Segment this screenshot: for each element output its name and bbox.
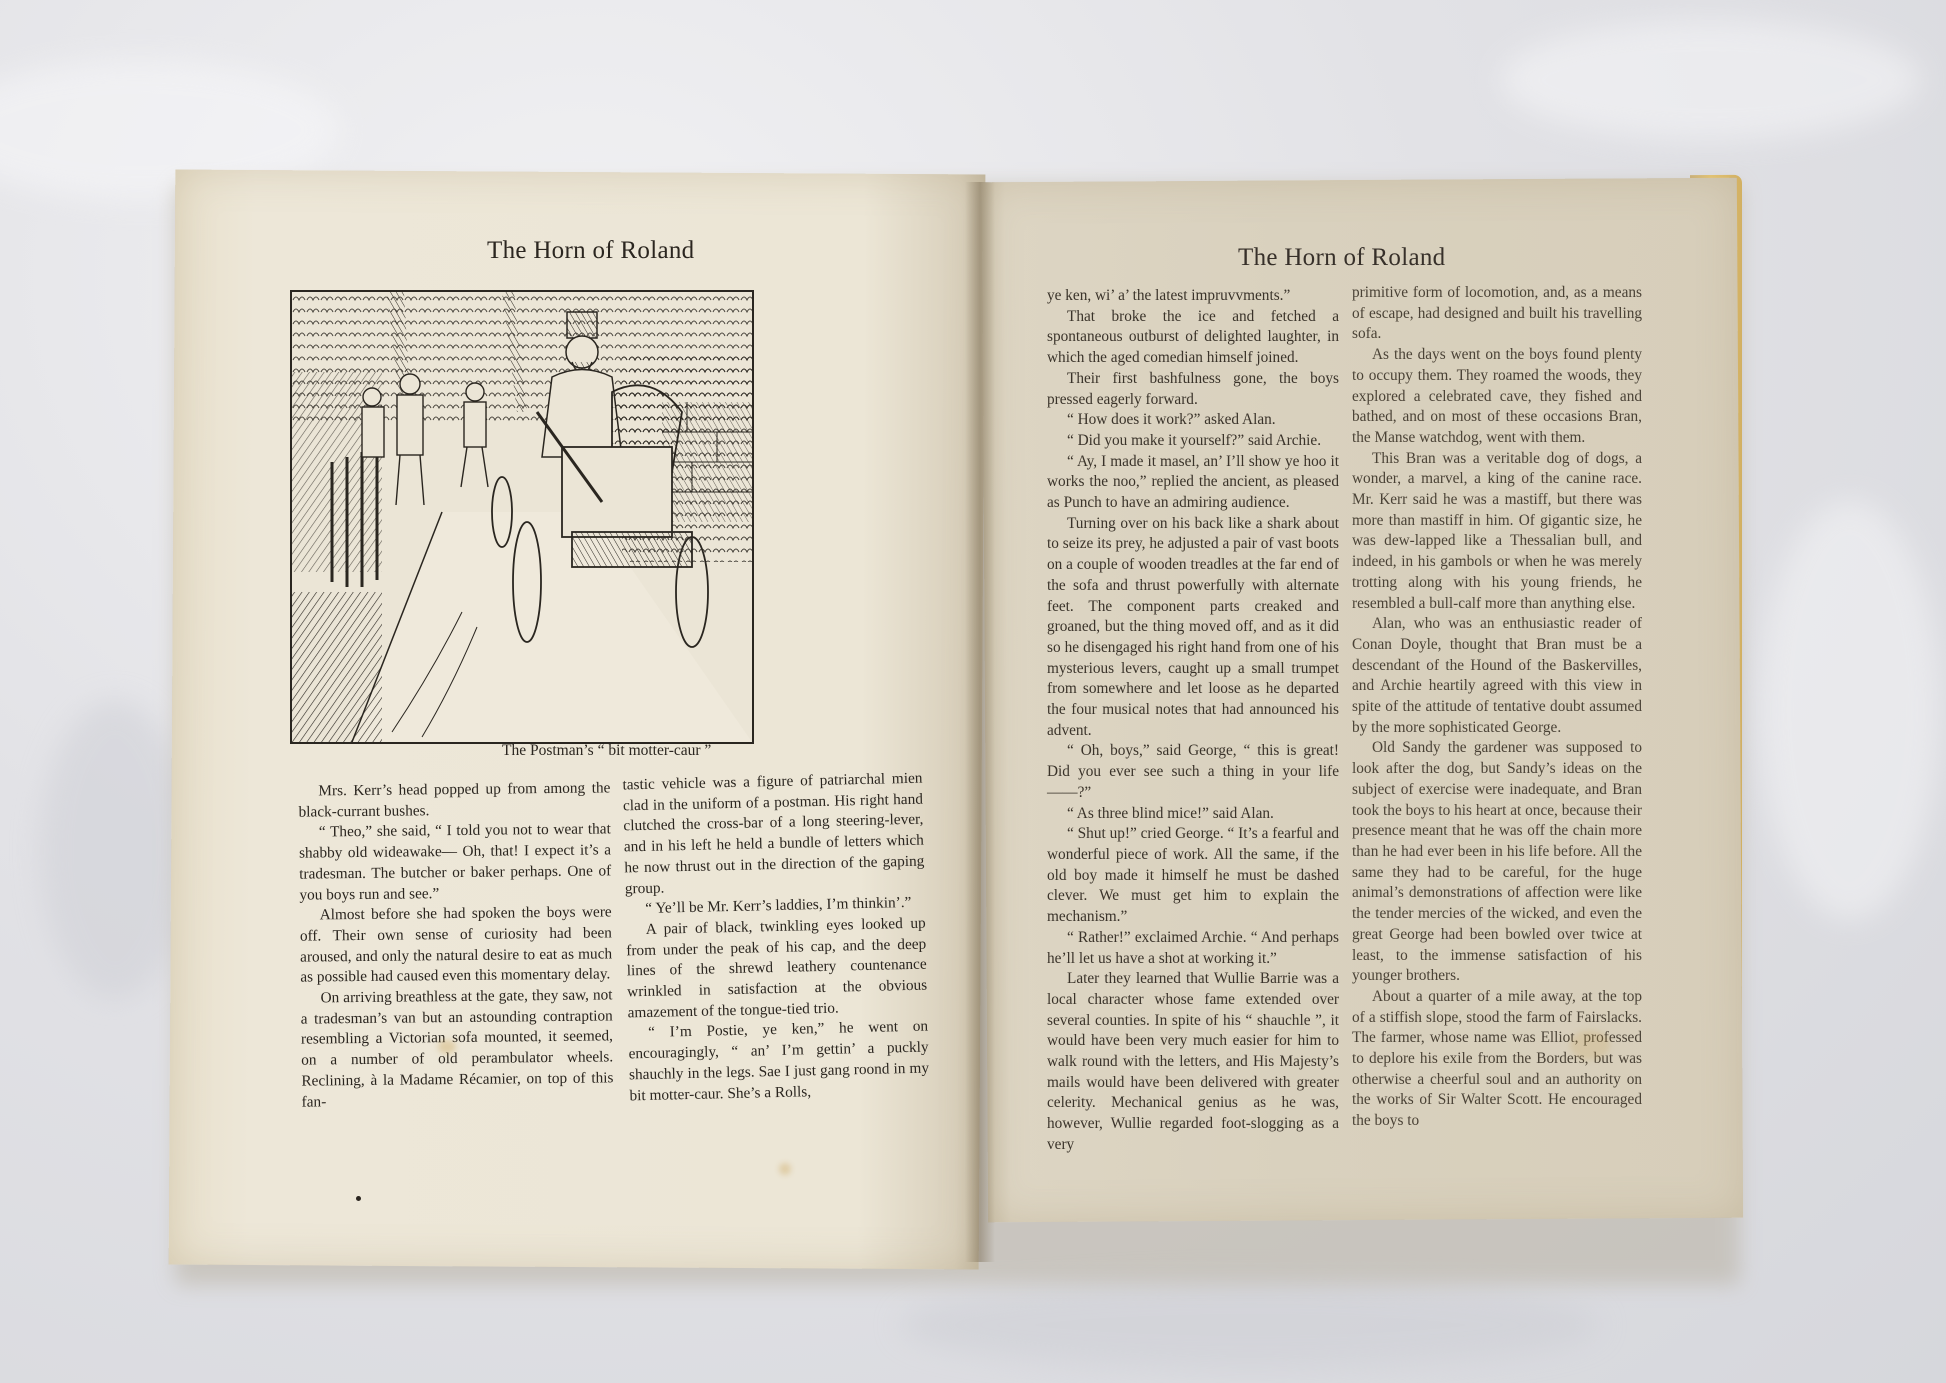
foxing-stain (779, 1163, 791, 1175)
right-page-column-1: ye ken, wi’ a’ the latest impruvvments.”… (1047, 286, 1339, 1156)
illustration-caption: The Postman’s “ bit motter-caur ” (502, 742, 711, 760)
foxing-stain (1570, 1030, 1610, 1060)
fabric-fold (1500, 20, 1920, 140)
paragraph: “ Theo,” she said, “ I told you not to w… (299, 820, 612, 906)
paragraph: “ How does it work?” asked Alan. (1047, 410, 1339, 431)
paragraph: Mrs. Kerr’s head popped up from among th… (298, 778, 610, 823)
fabric-fold (1760, 500, 1940, 920)
paragraph: As the days went on the boys found plent… (1352, 345, 1642, 449)
paragraph: Later they learned that Wullie Barrie wa… (1047, 969, 1339, 1155)
paragraph: That broke the ice and fetched a spontan… (1047, 307, 1339, 369)
paragraph: primitive form of locomotion, and, as a … (1352, 283, 1642, 345)
paragraph: Turning over on his back like a shark ab… (1047, 514, 1339, 742)
right-running-head: The Horn of Roland (1238, 244, 1445, 272)
illustration-drawing (292, 292, 752, 742)
paragraph: About a quarter of a mile away, at the t… (1352, 987, 1642, 1132)
paragraph: Old Sandy the gardener was supposed to l… (1352, 738, 1642, 986)
fabric-fold (40, 700, 190, 1000)
paragraph: “ Oh, boys,” said George, “ this is grea… (1047, 741, 1339, 803)
left-page-column-2: tastic vehicle was a figure of patriarch… (622, 769, 929, 1107)
book-gutter (965, 182, 995, 1262)
paragraph: “ I’m Postie, ye ken,” he went on encour… (628, 1017, 930, 1107)
right-page-column-2: primitive form of locomotion, and, as a … (1352, 283, 1642, 1132)
paragraph: Their first bashfulness gone, the boys p… (1047, 369, 1339, 410)
paragraph: “ Did you make it yourself?” said Archie… (1047, 431, 1339, 452)
paragraph: This Bran was a veritable dog of dogs, a… (1352, 449, 1642, 615)
left-page-column-1: Mrs. Kerr’s head popped up from among th… (298, 778, 613, 1112)
paragraph: ye ken, wi’ a’ the latest impruvvments.” (1047, 286, 1339, 307)
postman-illustration (290, 290, 754, 744)
paragraph: “ As three blind mice!” said Alan. (1047, 804, 1339, 825)
ink-dot (356, 1196, 361, 1201)
paragraph: “ Ay, I made it masel, an’ I’ll show ye … (1047, 452, 1339, 514)
paragraph: “ Rather!” exclaimed Archie. “ And perha… (1047, 928, 1339, 969)
paragraph: A pair of black, twinkling eyes looked u… (626, 914, 928, 1024)
paragraph: Alan, who was an enthusiastic reader of … (1352, 614, 1642, 738)
fabric-fold (900, 1280, 1600, 1370)
foxing-stain (438, 1040, 456, 1054)
paragraph: tastic vehicle was a figure of patriarch… (622, 769, 925, 900)
paragraph: Almost before she had spoken the boys we… (300, 903, 613, 989)
paragraph: On arriving breathless at the gate, they… (300, 985, 613, 1112)
paragraph: “ Shut up!” cried George. “ It’s a fearf… (1047, 824, 1339, 928)
left-running-head: The Horn of Roland (487, 237, 694, 265)
